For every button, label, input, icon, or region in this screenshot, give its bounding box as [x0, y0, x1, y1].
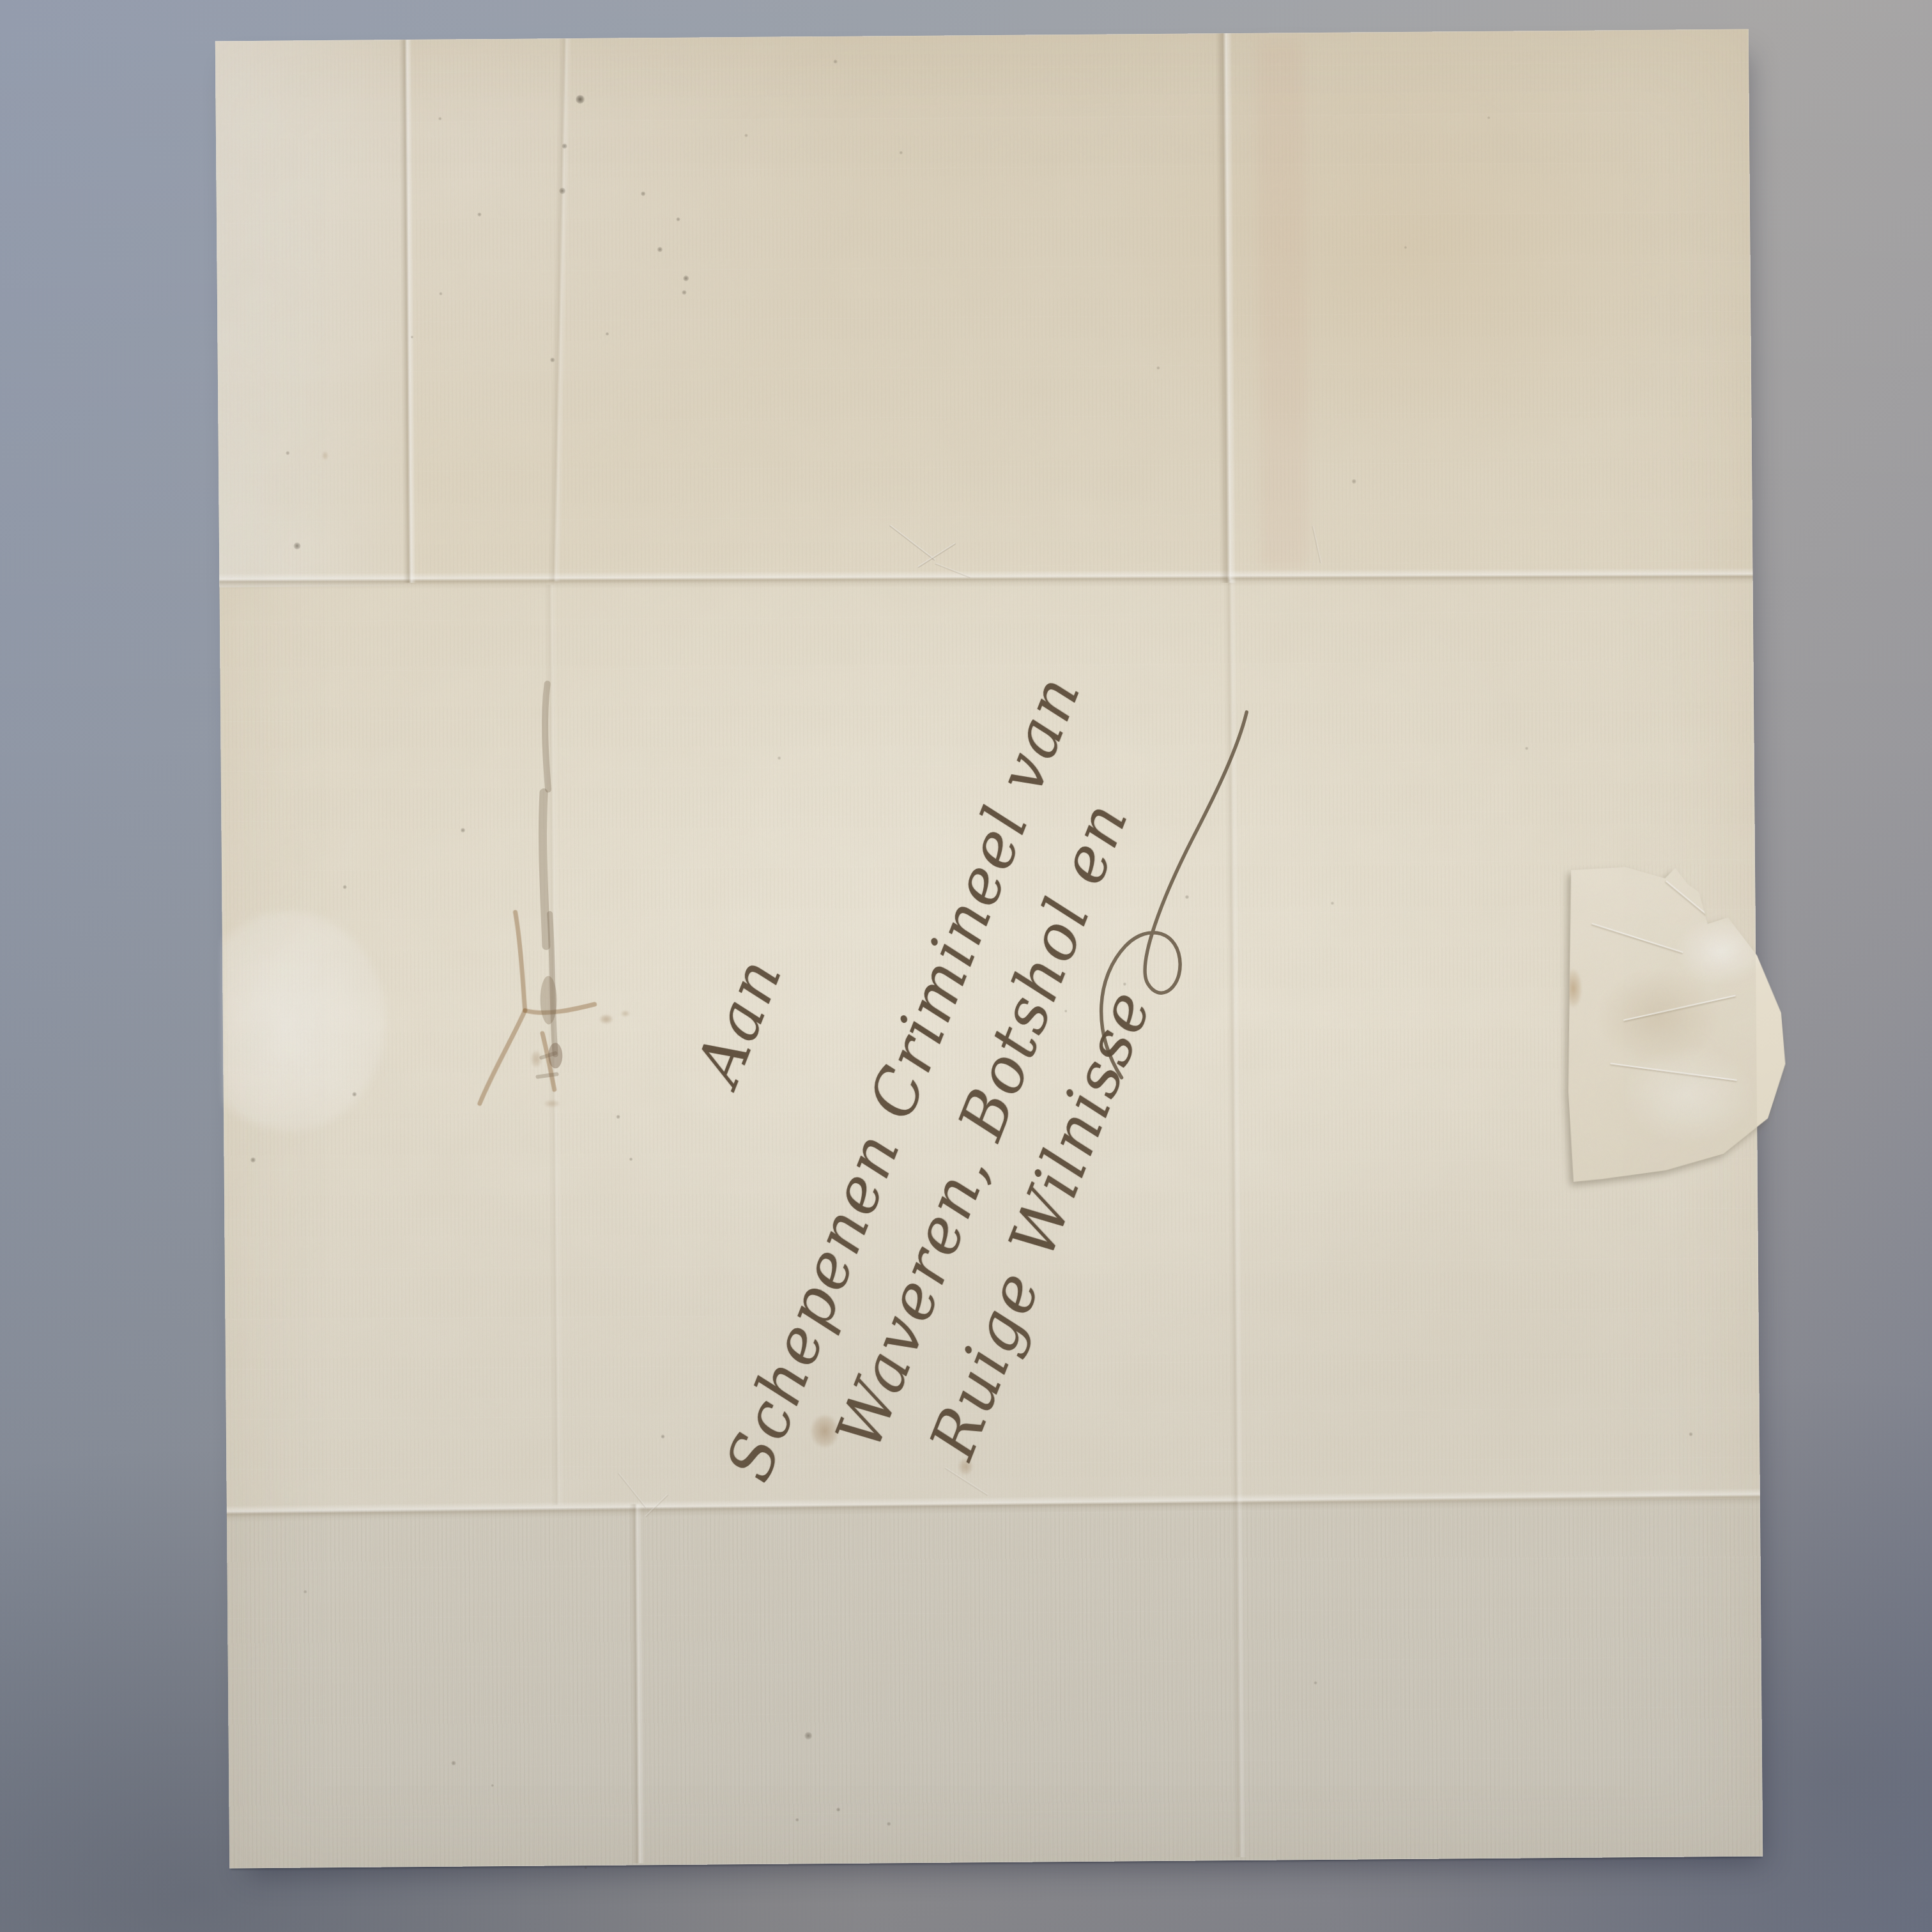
photo-backdrop: Aan Schepenen Crimineel van Waveren, Bot…: [0, 0, 1932, 1932]
paper-grain-texture: [215, 29, 1763, 1869]
letter-sheet: Aan Schepenen Crimineel van Waveren, Bot…: [215, 29, 1763, 1869]
ink-speck: [584, 1866, 587, 1869]
